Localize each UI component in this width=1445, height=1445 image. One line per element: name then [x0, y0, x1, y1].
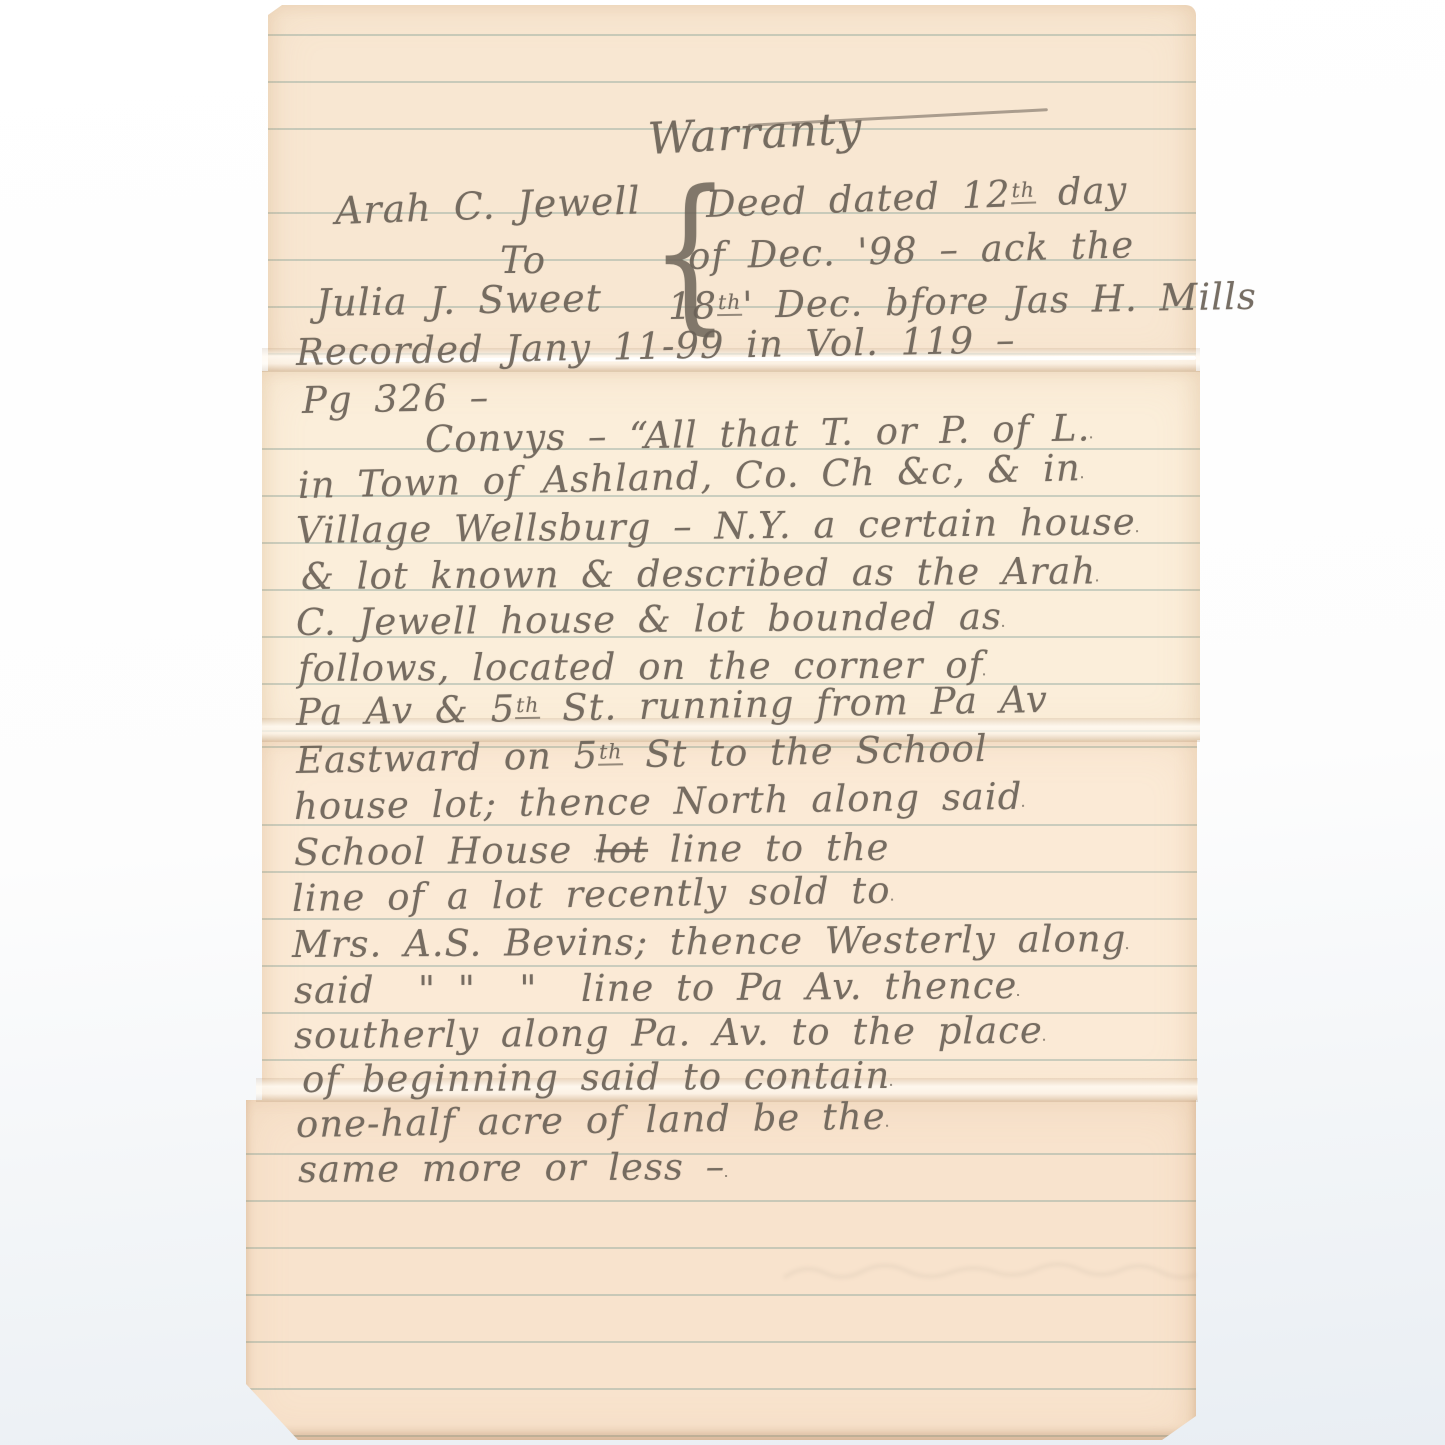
line-seg: C. Jewell house & lot bounded as [296, 595, 1002, 644]
handwritten-line: of beginning said to contain [302, 1057, 893, 1098]
line-seg: St. running from Pa Av [540, 678, 1048, 730]
line-seg: one-half acre of land be the [296, 1095, 886, 1146]
ordinal-superscript: th [717, 290, 743, 316]
line-seg: & lot known & described as the Arah [301, 549, 1096, 598]
handwritten-line: C. Jewell house & lot bounded as [296, 598, 1004, 641]
ordinal-superscript: th [1010, 177, 1036, 204]
line-seg: St to the School [623, 727, 988, 776]
line-seg: southerly along Pa. Av. to the place [294, 1009, 1043, 1057]
handwritten-line: Mrs. A.S. Bevins; thence Westerly along [292, 920, 1129, 963]
ordinal-superscript [1017, 970, 1019, 996]
struck-word: lot [596, 828, 648, 871]
handwritten-line: Eastward on 5th St to the School [296, 730, 988, 779]
ordinal-superscript [1135, 506, 1137, 532]
line-seg: Village Wellsburg – N.Y. a certain house [296, 500, 1136, 552]
ordinal-superscript [1043, 1015, 1045, 1041]
handwritten-line: & lot known & described as the Arah [301, 552, 1098, 595]
line-seg: day [1035, 168, 1128, 214]
handwritten-line: line of a lot recently sold to [292, 872, 893, 917]
scanned-document: Warranty Arah C. Jewell To Julia J. Swee… [0, 0, 1445, 1445]
handwritten-line: southerly along Pa. Av. to the place [294, 1012, 1045, 1054]
recording-page-line: Pg 326 – [302, 379, 490, 419]
ordinal-superscript [1002, 601, 1004, 627]
line-seg: line of a lot recently sold to [292, 869, 891, 920]
ordinal-superscript [885, 1101, 887, 1127]
faint-bleed-through [780, 1252, 1200, 1292]
handwritten-line: said " " " line to Pa Av. thence [294, 967, 1020, 1009]
ordinal-superscript [1126, 923, 1128, 949]
handwritten-line: house lot; thence North along said [294, 778, 1025, 825]
line-seg: line to the [648, 826, 890, 871]
ordinal-superscript [725, 1151, 727, 1177]
line-seg: same more or less – [298, 1145, 725, 1191]
handwritten-line: School House lot line to the [294, 829, 890, 871]
grantor-name: Arah C. Jewell [334, 181, 641, 230]
ordinal-superscript [1090, 412, 1092, 438]
line-seg: said " " " line to Pa Av. thence [294, 964, 1018, 1012]
ordinal-superscript: th [515, 693, 541, 719]
grantee-name: Julia J. Sweet [316, 279, 603, 322]
line-seg: School House [294, 828, 594, 874]
handwritten-line: one-half acre of land be the [296, 1098, 888, 1143]
line-seg: Eastward on 5 [296, 734, 599, 782]
ordinal-superscript [1096, 555, 1098, 581]
ordinal-superscript [983, 649, 985, 675]
handwritten-line: same more or less – [298, 1148, 727, 1188]
handwritten-line: Village Wellsburg – N.Y. a certain house [296, 503, 1138, 549]
deed-ack-line: of Dec. '98 – ack the [688, 226, 1135, 275]
line-seg: of beginning said to contain [302, 1054, 891, 1101]
ordinal-superscript: th [598, 739, 624, 765]
line-seg: 18 [668, 284, 718, 328]
line-seg: Pa Av & 5 [296, 687, 516, 734]
ordinal-superscript [890, 875, 892, 901]
deed-witness-line: 18th' Dec. bfore Jas H. Mills [668, 278, 1257, 325]
line-seg: Mrs. A.S. Bevins; thence Westerly along [292, 917, 1127, 966]
ordinal-superscript [890, 1060, 892, 1086]
ordinal-superscript [1022, 781, 1024, 807]
parties-separator: To [500, 242, 546, 279]
